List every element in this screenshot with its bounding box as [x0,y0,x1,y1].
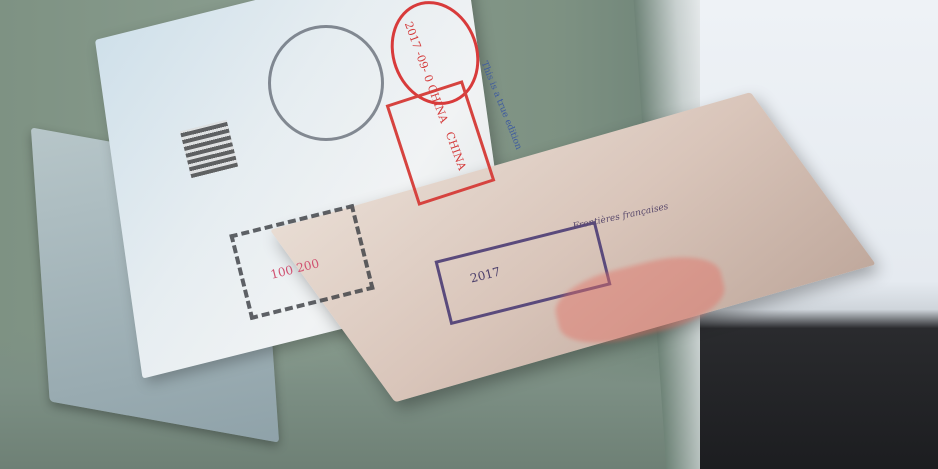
round-stamp [268,25,384,141]
